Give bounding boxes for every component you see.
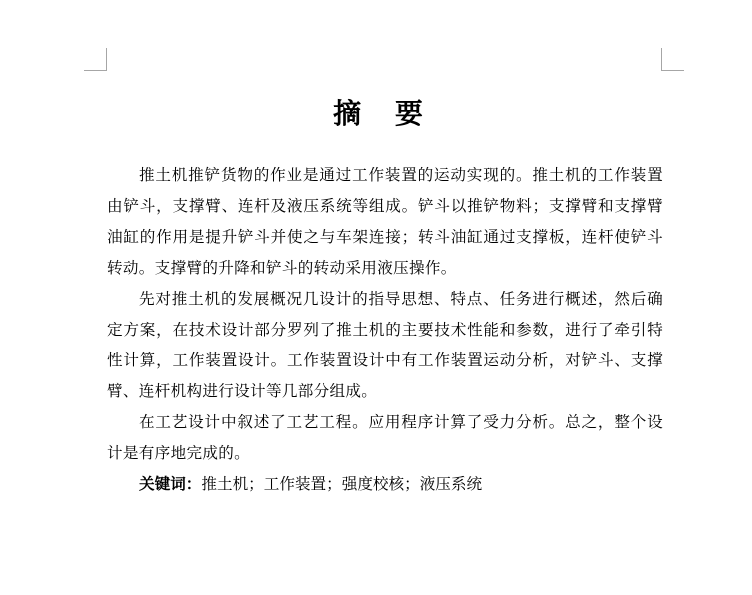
keywords-value: 推土机；工作装置；强度校核；液压系统 — [201, 475, 482, 493]
page-title: 摘 要 — [0, 95, 752, 133]
abstract-paragraph-3: 在工艺设计中叙述了工艺工程。应用程序计算了受力分析。总之，整个设计是有序地完成的… — [107, 407, 663, 469]
page-corner-mark-top-left — [84, 48, 107, 71]
abstract-paragraph-2: 先对推土机的发展概况几设计的指导思想、特点、任务进行概述，然后确定方案，在技术设… — [107, 284, 663, 408]
page-corner-mark-top-right — [661, 48, 684, 71]
abstract-paragraph-1: 推土机推铲货物的作业是通过工作装置的运动实现的。推土机的工作装置由铲斗，支撑臂、… — [107, 160, 663, 284]
keywords-label: 关键词： — [139, 475, 201, 493]
abstract-body: 推土机推铲货物的作业是通过工作装置的运动实现的。推土机的工作装置由铲斗，支撑臂、… — [107, 160, 663, 500]
keywords-line: 关键词：推土机；工作装置；强度校核；液压系统 — [107, 469, 663, 500]
